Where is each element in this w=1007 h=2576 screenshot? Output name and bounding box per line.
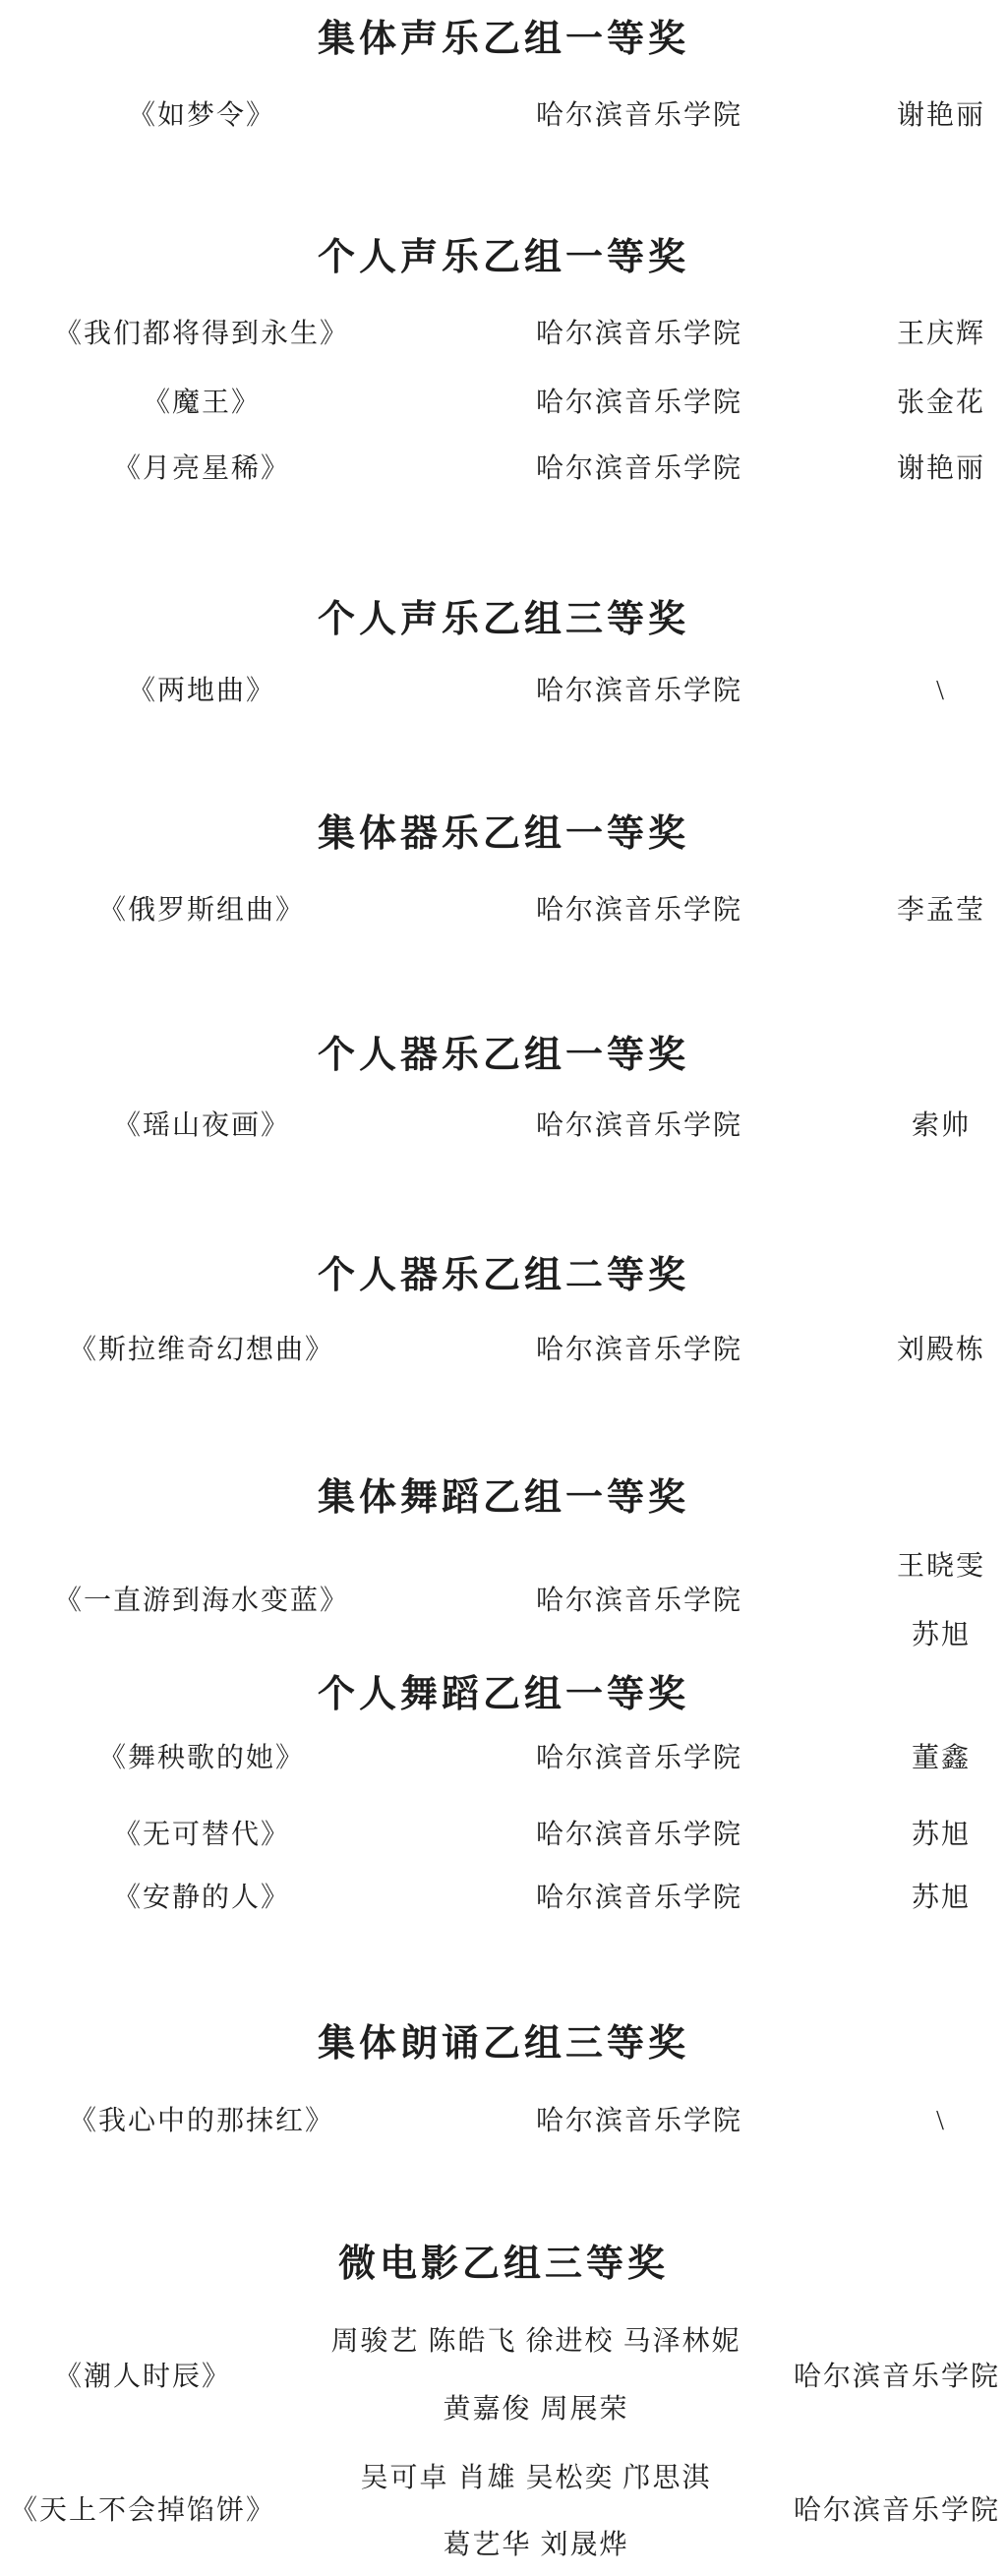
section-header: 个人声乐乙组一等奖 <box>0 233 1007 282</box>
winner-names-line: 黄嘉俊 周展荣 <box>285 2390 787 2429</box>
work-title: 《斯拉维奇幻想曲》 <box>0 1331 403 1370</box>
winner-name: 苏旭 <box>875 1616 1007 1655</box>
org-name: 哈尔滨音乐学院 <box>403 1879 875 1918</box>
org-name: 哈尔滨音乐学院 <box>403 384 875 423</box>
work-title: 《两地曲》 <box>0 672 403 711</box>
work-title: 《安静的人》 <box>0 1879 403 1918</box>
winner-name: \ <box>875 672 1007 711</box>
work-title: 《月亮星稀》 <box>0 449 403 489</box>
winner-name: 索帅 <box>875 1107 1007 1146</box>
section-header: 个人舞蹈乙组一等奖 <box>0 1670 1007 1719</box>
winner-name: 苏旭 <box>875 1879 1007 1918</box>
work-title: 《瑶山夜画》 <box>0 1107 403 1146</box>
section-header: 集体朗诵乙组三等奖 <box>0 2019 1007 2068</box>
work-title: 《一直游到海水变蓝》 <box>0 1582 403 1621</box>
winner-name: 刘殿栋 <box>875 1331 1007 1370</box>
work-title: 《俄罗斯组曲》 <box>0 891 403 930</box>
work-title: 《舞秧歌的她》 <box>0 1739 403 1778</box>
org-name: 哈尔滨音乐学院 <box>403 2102 875 2141</box>
org-name: 哈尔滨音乐学院 <box>403 315 875 354</box>
winner-name: 王晓雯 <box>875 1547 1007 1587</box>
org-name: 哈尔滨音乐学院 <box>787 2491 1007 2531</box>
work-title: 《魔王》 <box>0 384 403 423</box>
winner-name: 苏旭 <box>875 1816 1007 1855</box>
winner-name: 谢艳丽 <box>875 96 1007 136</box>
section-header: 集体声乐乙组一等奖 <box>0 15 1007 64</box>
org-name: 哈尔滨音乐学院 <box>403 1331 875 1370</box>
winner-names-line: 周骏艺 陈皓飞 徐进校 马泽林妮 <box>285 2322 787 2362</box>
section-header: 个人声乐乙组三等奖 <box>0 595 1007 644</box>
section-header: 集体舞蹈乙组一等奖 <box>0 1473 1007 1523</box>
work-title: 《潮人时辰》 <box>0 2358 285 2397</box>
winner-name: 张金花 <box>875 384 1007 423</box>
section-header: 集体器乐乙组一等奖 <box>0 809 1007 859</box>
section-header: 个人器乐乙组一等奖 <box>0 1031 1007 1080</box>
org-name: 哈尔滨音乐学院 <box>403 672 875 711</box>
org-name: 哈尔滨音乐学院 <box>403 96 875 136</box>
winner-name: 王庆辉 <box>875 315 1007 354</box>
org-name: 哈尔滨音乐学院 <box>403 1107 875 1146</box>
work-title: 《我们都将得到永生》 <box>0 315 403 354</box>
section-header: 个人器乐乙组二等奖 <box>0 1251 1007 1300</box>
org-name: 哈尔滨音乐学院 <box>403 1816 875 1855</box>
section-header: 微电影乙组三等奖 <box>0 2240 1007 2289</box>
award-list-document: 集体声乐乙组一等奖 《如梦令》 哈尔滨音乐学院 谢艳丽 个人声乐乙组一等奖 《我… <box>0 0 1007 2576</box>
winner-name: \ <box>875 2102 1007 2141</box>
work-title: 《我心中的那抹红》 <box>0 2102 403 2141</box>
work-title: 《无可替代》 <box>0 1816 403 1855</box>
org-name: 哈尔滨音乐学院 <box>787 2358 1007 2397</box>
winner-names-line: 吴可卓 肖雄 吴松奕 邝思淇 <box>285 2459 787 2498</box>
winner-name: 李孟莹 <box>875 891 1007 930</box>
work-title: 《如梦令》 <box>0 96 403 136</box>
winner-names-line: 葛艺华 刘晟烨 <box>285 2526 787 2565</box>
winner-name: 谢艳丽 <box>875 449 1007 489</box>
org-name: 哈尔滨音乐学院 <box>403 1739 875 1778</box>
org-name: 哈尔滨音乐学院 <box>403 1582 875 1621</box>
org-name: 哈尔滨音乐学院 <box>403 891 875 930</box>
work-title: 《天上不会掉馅饼》 <box>0 2491 285 2531</box>
winner-name: 董鑫 <box>875 1739 1007 1778</box>
org-name: 哈尔滨音乐学院 <box>403 449 875 489</box>
